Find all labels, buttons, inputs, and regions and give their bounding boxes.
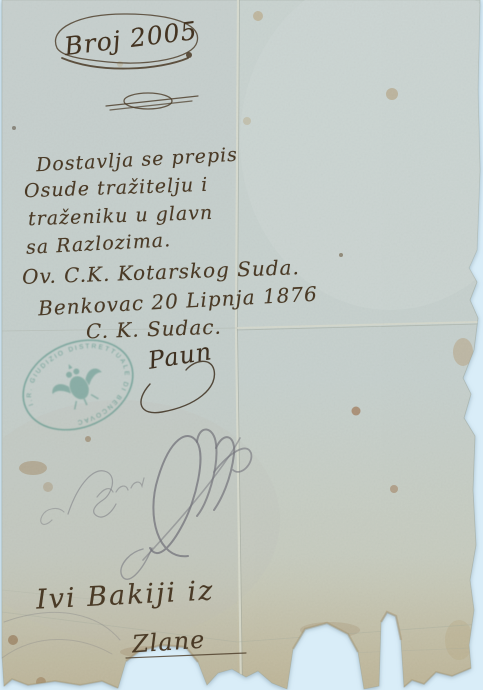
pencil-signature <box>2 429 251 658</box>
double-eagle-icon <box>44 353 112 416</box>
scanned-document: Broj 2005 Dostavlja se prepis Osude traž… <box>0 0 483 690</box>
court-stamp: I.R. GIUDIZIO DISTRETTUALE DI BENCOVAC <box>9 323 147 446</box>
divider-flourish <box>106 93 198 110</box>
addressee-underline <box>126 653 246 658</box>
signature-flourish <box>141 361 215 412</box>
reference-number-flourish <box>55 14 197 69</box>
ink-overlay: I.R. GIUDIZIO DISTRETTUALE DI BENCOVAC <box>0 0 483 690</box>
